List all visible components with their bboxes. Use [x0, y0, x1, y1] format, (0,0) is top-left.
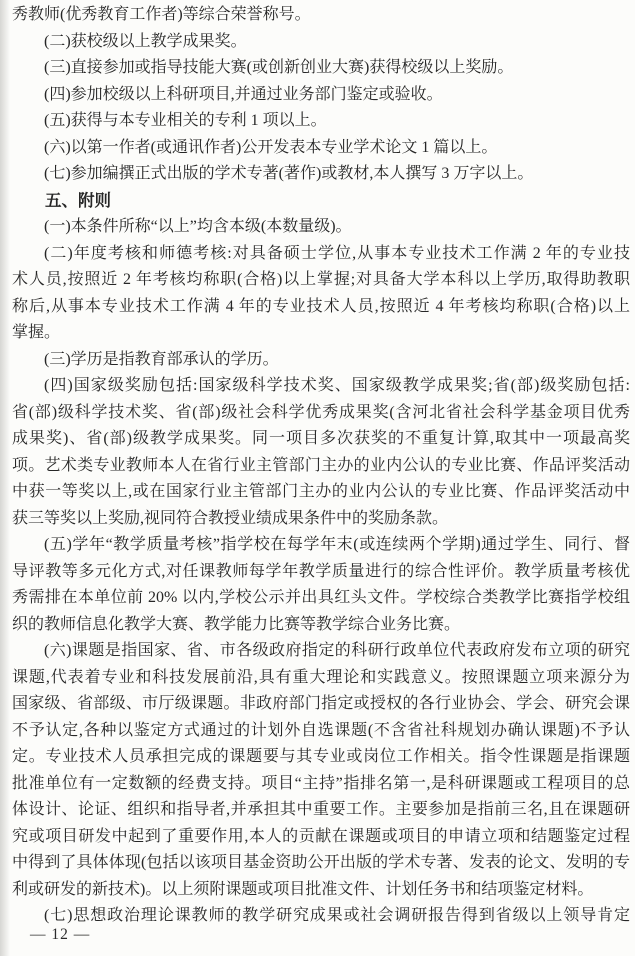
text-line: 导评教等多元化方式,对任课教师每学年教学质量进行的综合性评价。教学质量考核优 [12, 559, 630, 586]
text-line: 成果奖)、省(部)级教学成果奖。同一项目多次获奖的不重复计算,取其中一项最高奖 [12, 426, 630, 453]
text-line: (五)获得与本专业相关的专利 1 项以上。 [12, 108, 630, 135]
text-line: (七)思想政治理论课教师的教学研究成果或社会调研报告得到省级以上领导肯定 [12, 903, 630, 930]
text-line: (一)本条件所称“以上”均含本级(本数量级)。 [12, 214, 630, 241]
text-line: 不予认定,各种以鉴定方式通过的计划外自选课题(不含省社科规划办确认课题)不予认 [12, 718, 630, 745]
text-line: (六)以第一作者(或通讯作者)公开发表本专业学术论文 1 篇以上。 [12, 135, 630, 162]
text-line: 术人员,按照近 2 年考核均称职(合格)以上掌握;对具备大学本科以上学历,取得助… [12, 267, 630, 294]
text-line: (二)年度考核和师德考核:对具备硕士学位,从事本专业技术工作满 2 年的专业技 [12, 241, 630, 268]
text-line: (二)获校级以上教学成果奖。 [12, 29, 630, 56]
text-line: 掌握。 [12, 320, 630, 347]
section-heading: 五、附则 [12, 188, 630, 215]
text-line: 省(部)级科学技术奖、省(部)级社会科学优秀成果奖(含河北省社会科学基金项目优秀 [12, 400, 630, 427]
text-line: (六)课题是指国家、省、市各级政府指定的科研行政单位代表政府发布立项的研究 [12, 638, 630, 665]
text-line: 定。专业技术人员承担完成的课题要与其专业或岗位工作相关。指令性课题是指课题 [12, 744, 630, 771]
text-line: 究或项目研发中起到了重要作用,本人的贡献在课题或项目的申请立项和结题鉴定过程 [12, 824, 630, 851]
text-line: (七)参加编撰正式出版的学术专著(著作)或教材,本人撰写 3 万字以上。 [12, 161, 630, 188]
text-line: (四)国家级奖励包括:国家级科学技术奖、国家级教学成果奖;省(部)级奖励包括: [12, 373, 630, 400]
text-line: (五)学年“教学质量考核”指学校在每学年末(或连续两个学期)通过学生、同行、督 [12, 532, 630, 559]
text-line: (三)直接参加或指导技能大赛(或创新创业大赛)获得校级以上奖励。 [12, 55, 630, 82]
document-page: 秀教师(优秀教育工作者)等综合荣誉称号。(二)获校级以上教学成果奖。(三)直接参… [0, 0, 635, 956]
text-line: 中获一等奖以上,或在国家行业主管部门主办的业内公认的专业比赛、作品评奖活动中 [12, 479, 630, 506]
document-body: 秀教师(优秀教育工作者)等综合荣誉称号。(二)获校级以上教学成果奖。(三)直接参… [12, 2, 630, 930]
text-line: 项。艺术类专业教师本人在省行业主管部门主办的业内公认的专业比赛、作品评奖活动 [12, 453, 630, 480]
text-line: 课题,代表着专业和科技发展前沿,具有重大理论和实践意义。按照课题立项来源分为 [12, 665, 630, 692]
text-line: (三)学历是指教育部承认的学历。 [12, 347, 630, 374]
text-line: 秀教师(优秀教育工作者)等综合荣誉称号。 [12, 2, 630, 29]
text-line: 中得到了具体体现(包括以该项目基金资助公开出版的学术专著、发表的论文、发明的专 [12, 850, 630, 877]
text-line: 利或研发的新技术)。以上须附课题或项目批准文件、计划任务书和结项鉴定材料。 [12, 877, 630, 904]
text-line: 称后,从事本专业技术工作满 4 年的专业技术人员,按照近 4 年考核均称职(合格… [12, 294, 630, 321]
text-line: (四)参加校级以上科研项目,并通过业务部门鉴定或验收。 [12, 82, 630, 109]
text-line: 织的教师信息化教学大赛、教学能力比赛等教学综合业务比赛。 [12, 612, 630, 639]
text-line: 体设计、论证、组织和指导者,并承担其中重要工作。主要参加是指前三名,且在课题研 [12, 797, 630, 824]
text-line: 获三等奖以上奖励,视同符合教授业绩成果条件中的奖励条款。 [12, 506, 630, 533]
text-line: 秀需排在本单位前 20% 以内,学校公示并出具红头文件。学校综合类教学比赛指学校… [12, 585, 630, 612]
text-line: 批准单位有一定数额的经费支持。项目“主持”指排名第一,是科研课题或工程项目的总 [12, 771, 630, 798]
page-number: — 12 — [30, 926, 90, 944]
text-line: 国家级、省部级、市厅级课题。非政府部门指定或授权的各行业协会、学会、研究会课题 [12, 691, 630, 718]
